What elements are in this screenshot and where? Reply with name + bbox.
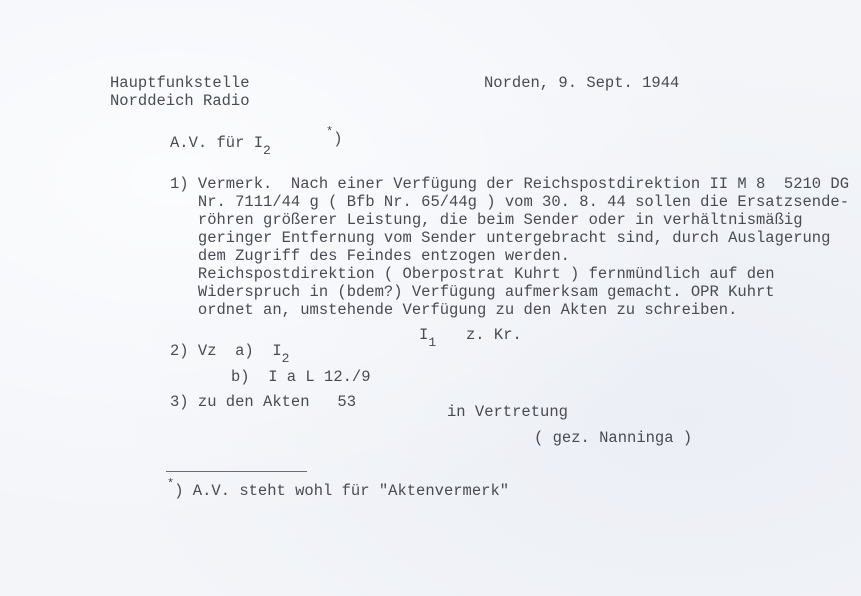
item-2-a: 2) Vz a) I2: [170, 342, 289, 361]
footnote-rule: [166, 471, 307, 472]
subject-subscript: 2: [263, 143, 271, 158]
item-1-line: Reichspostdirektion ( Oberpostrat Kuhrt …: [170, 265, 775, 283]
signature: ( gez. Nanninga ): [534, 429, 692, 447]
on-behalf: in Vertretung: [447, 403, 568, 421]
footnote-text: ) A.V. steht wohl für "Aktenvermerk": [174, 482, 509, 500]
place-date: Norden, 9. Sept. 1944: [484, 74, 679, 92]
item-1-line: Widerspruch in (bdem?) Verfügung aufmerk…: [170, 283, 775, 301]
item-2-a-subscript: 2: [282, 351, 290, 366]
initial-note-text: z. Kr.: [466, 326, 522, 344]
initial-letter: I: [419, 326, 428, 344]
item-3: 3) zu den Akten 53: [170, 393, 356, 411]
footnote: *) A.V. steht wohl für "Aktenvermerk": [167, 482, 509, 501]
item-1-line: 1) Vermerk. Nach einer Verfügung der Rei…: [170, 175, 849, 193]
sender-line-1: Hauptfunkstelle: [110, 74, 250, 92]
initial-subscript: 1: [428, 335, 436, 350]
item-2-label: 2) Vz a) I: [170, 342, 282, 360]
item-1-line: röhren größerer Leistung, die beim Sende…: [170, 211, 803, 229]
footnote-paren: ): [333, 130, 342, 148]
item-2-b: b) I a L 12./9: [231, 368, 371, 386]
subject-prefix: A.V. für I: [170, 134, 263, 152]
subject-footnote-ref: *): [326, 130, 343, 149]
item-1-line: dem Zugriff des Feindes entzogen werden.: [170, 247, 570, 265]
item-1-line: ordnet an, umstehende Verfügung zu den A…: [170, 301, 737, 319]
footnote-asterisk: *: [326, 125, 333, 139]
item-1-line: Nr. 7111/44 g ( Bfb Nr. 65/44g ) vom 30.…: [170, 193, 849, 211]
document-page: Hauptfunkstelle Norddeich Radio Norden, …: [0, 0, 861, 596]
item-1-line: geringer Entfernung vom Sender untergebr…: [170, 229, 830, 247]
sender-line-2: Norddeich Radio: [110, 92, 250, 110]
footnote-mark: *: [167, 477, 174, 491]
initial-mark: I1: [419, 326, 436, 345]
subject-line: A.V. für I2: [170, 134, 271, 153]
